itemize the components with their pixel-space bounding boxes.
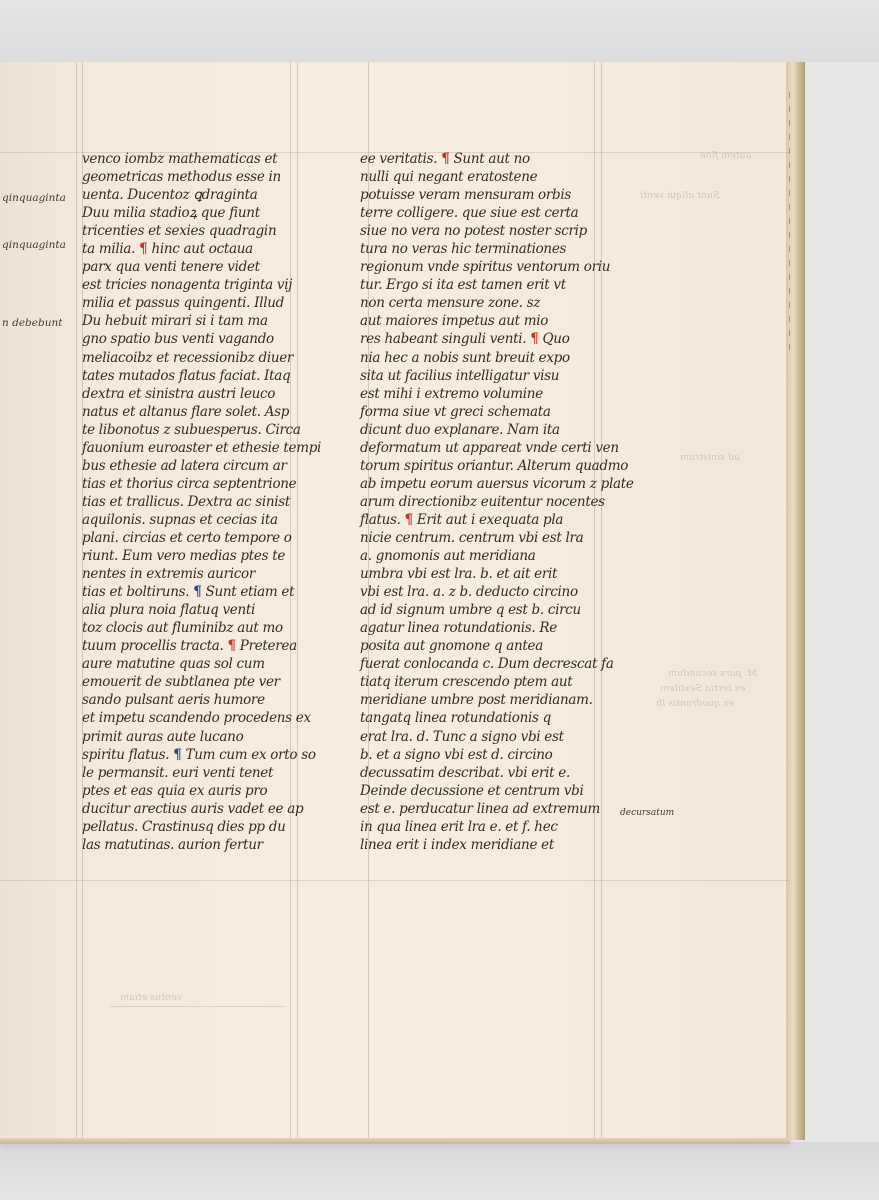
margin-note: qinquaginta	[2, 192, 66, 204]
text-line: umbra vbi est lra. b. et ait erit	[360, 565, 610, 583]
text-line: ducitur arectius auris vadet ee ap	[82, 800, 314, 818]
text-line: res habeant singuli venti. ¶ Quo	[360, 330, 610, 348]
rubric-trace	[789, 92, 790, 352]
text-line: Du hebuit mirari si i tam ma	[82, 312, 314, 330]
text-line: est mihi i extremo volumine	[360, 385, 610, 403]
text-line: et impetu scandendo procedens ex	[82, 709, 314, 727]
rubric-paraph: ¶	[405, 512, 413, 528]
margin-note: n debebunt	[2, 317, 62, 329]
text-line: deformatum ut appareat vnde certi ven	[360, 439, 610, 457]
text-line: a. gnomonis aut meridiana	[360, 547, 610, 565]
ruling-line	[76, 62, 77, 1138]
margin-note: decursatum	[620, 808, 674, 818]
text-line: arum directionibz euitentur nocentes	[360, 493, 610, 511]
text-line: tiatq iterum crescendo ptem aut	[360, 673, 610, 691]
show-through-text: autem fine	[700, 150, 751, 161]
text-line: vbi est lra. a. z b. deducto circino	[360, 583, 610, 601]
text-line: ab impetu eorum auersus vicorum z plate	[360, 475, 610, 493]
text-line: Duu milia stadioꝝ que fiunt	[82, 204, 314, 222]
text-line: tates mutados flatus faciat. Itaq	[82, 367, 314, 385]
show-through-text: ventus etiam	[120, 992, 182, 1003]
rubric-paraph: ¶	[173, 747, 181, 763]
text-line: pellatus. Crastinusq dies pp du	[82, 818, 314, 836]
ruling-line	[110, 1006, 285, 1007]
text-line: terre colligere. que siue est certa	[360, 204, 610, 222]
show-through-text: Sunt aliqui venti	[640, 190, 720, 201]
text-line: nentes in extremis auricor	[82, 565, 314, 583]
text-line: tur. Ergo si ita est tamen erit vt	[360, 276, 610, 294]
photo-backdrop-bottom	[0, 1142, 879, 1200]
text-line: tias et trallicus. Dextra ac sinist	[82, 493, 314, 511]
text-line: tura no veras hic terminationes	[360, 240, 610, 258]
text-line: ta milia. ¶ hinc aut octaua	[82, 240, 314, 258]
photo-backdrop-top	[0, 0, 879, 62]
text-line: bus ethesie ad latera circum ar	[82, 457, 314, 475]
text-line: flatus. ¶ Erit aut i exequata pla	[360, 511, 610, 529]
text-line: decussatim describat. vbi erit e.	[360, 764, 610, 782]
show-through-text: M. pars secundum	[668, 668, 757, 679]
text-line: erat lra. d. Tunc a signo vbi est	[360, 728, 610, 746]
text-line: forma siue vt greci schemata	[360, 403, 610, 421]
text-line: ee veritatis. ¶ Sunt aut no	[360, 150, 610, 168]
rubric-paraph: ¶	[193, 584, 201, 600]
text-line: torum spiritus oriantur. Alterum quadmo	[360, 457, 610, 475]
text-line: le permansit. euri venti tenet	[82, 764, 314, 782]
text-line: te libonotus z subuesperus. Circa	[82, 421, 314, 439]
text-line: in qua linea erit lra e. et f. hec	[360, 818, 610, 836]
text-line: potuisse veram mensuram orbis	[360, 186, 610, 204]
ruling-line	[0, 880, 790, 881]
page-fore-edge	[786, 62, 805, 1140]
text-line: dextra et sinistra austri leuco	[82, 385, 314, 403]
text-line: dicunt duo explanare. Nam ita	[360, 421, 610, 439]
text-line: spiritu flatus. ¶ Tum cum ex orto so	[82, 746, 314, 764]
text-line: emouerit de subtlanea pte ver	[82, 673, 314, 691]
text-line: sando pulsant aeris humore	[82, 691, 314, 709]
text-line: sita ut facilius intelligatur visu	[360, 367, 610, 385]
show-through-text: ex quadrantis lb	[656, 698, 734, 709]
margin-note: qinquaginta	[2, 239, 66, 251]
text-line: fuerat conlocanda c. Dum decrescat fa	[360, 655, 610, 673]
text-line: nulli qui negant eratostene	[360, 168, 610, 186]
text-line: meliacoibz et recessionibz diuer	[82, 349, 314, 367]
text-line: tuum procellis tracta. ¶ Preterea	[82, 637, 314, 655]
rubric-paraph: ¶	[530, 331, 538, 347]
text-line: las matutinas. aurion fertur	[82, 836, 314, 854]
text-line: agatur linea rotundationis. Re	[360, 619, 610, 637]
text-line: ptes et eas quia ex auris pro	[82, 782, 314, 800]
text-line: tias et thorius circa septentrione	[82, 475, 314, 493]
text-line: ad id signum umbre q est b. circu	[360, 601, 610, 619]
text-line: fauonium euroaster et ethesie tempi	[82, 439, 314, 457]
text-line: nia hec a nobis sunt breuit expo	[360, 349, 610, 367]
text-line: tangatq linea rotundationis q	[360, 709, 610, 727]
text-line: est e. perducatur linea ad extremum	[360, 800, 610, 818]
text-line: geometricas methodus esse in	[82, 168, 314, 186]
text-column-left: venco iombz mathematicas etgeometricas m…	[82, 150, 314, 854]
show-through-text: ex tertia Sextilem	[660, 683, 746, 694]
text-line: aut maiores impetus aut mio	[360, 312, 610, 330]
text-line: regionum vnde spiritus ventorum oriu	[360, 258, 610, 276]
text-line: natus et altanus flare solet. Asp	[82, 403, 314, 421]
text-line: toz clocis aut fluminibz aut mo	[82, 619, 314, 637]
text-line: nicie centrum. centrum vbi est lra	[360, 529, 610, 547]
text-line: siue no vera no potest noster scrip	[360, 222, 610, 240]
text-line: b. et a signo vbi est d. circino	[360, 746, 610, 764]
show-through-text: ad sinistram	[680, 452, 740, 463]
text-line: parx qua venti tenere videt	[82, 258, 314, 276]
text-line: plani. circias et certo tempore o	[82, 529, 314, 547]
rubric-paraph: ¶	[228, 638, 236, 654]
text-line: riunt. Eum vero medias ptes te	[82, 547, 314, 565]
text-column-right: ee veritatis. ¶ Sunt aut nonulli qui neg…	[360, 150, 610, 854]
text-line: aquilonis. supnas et cecias ita	[82, 511, 314, 529]
text-line: alia plura noia flatuq venti	[82, 601, 314, 619]
text-line: uenta. Ducentoz ꝗdraginta	[82, 186, 314, 204]
text-line: venco iombz mathematicas et	[82, 150, 314, 168]
text-line: linea erit i index meridiane et	[360, 836, 610, 854]
text-line: milia et passus quingenti. Illud	[82, 294, 314, 312]
text-line: Deinde decussione et centrum vbi	[360, 782, 610, 800]
text-line: primit auras aute lucano	[82, 728, 314, 746]
text-line: posita aut gnomone q antea	[360, 637, 610, 655]
text-line: aure matutine quas sol cum	[82, 655, 314, 673]
text-line: est tricies nonagenta triginta vij	[82, 276, 314, 294]
text-line: meridiane umbre post meridianam.	[360, 691, 610, 709]
text-line: tricenties et sexies quadragin	[82, 222, 314, 240]
text-line: non certa mensure zone. sz	[360, 294, 610, 312]
text-line: tias et boltiruns. ¶ Sunt etiam et	[82, 583, 314, 601]
page-bottom-edge	[0, 1138, 790, 1144]
text-line: gno spatio bus venti vagando	[82, 330, 314, 348]
